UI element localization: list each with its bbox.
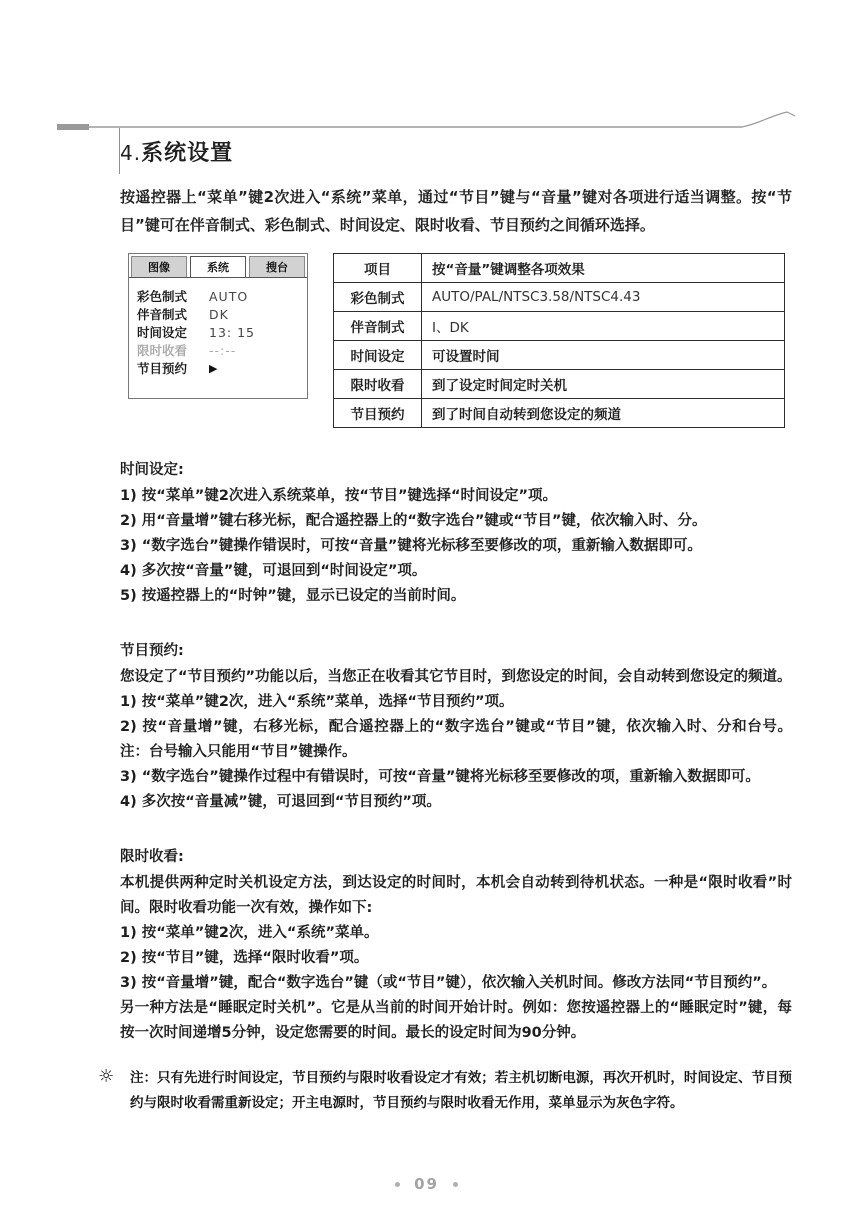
row-label: 节目预约 bbox=[334, 399, 422, 428]
section-time-setting: 时间设定: 1) 按“菜单”键2次进入系统菜单，按“节目”键选择“时间设定”项。… bbox=[120, 458, 792, 609]
osd-value: DK bbox=[209, 306, 229, 324]
osd-row-sleep-limit: 限时收看 --:-- bbox=[137, 342, 299, 360]
row-value: 可设置时间 bbox=[422, 341, 785, 370]
row-value: 到了时间自动转到您设定的频道 bbox=[422, 399, 785, 428]
menu-and-table: 图像 系统 搜台 彩色制式 AUTO 伴音制式 DK 时间设定 13: 15 bbox=[120, 253, 792, 428]
osd-label: 节目预约 bbox=[137, 360, 209, 378]
step-item: 5) 按遥控器上的“时钟”键，显示已设定的当前时间。 bbox=[120, 584, 792, 609]
table-row: 伴音制式 I、DK bbox=[334, 312, 785, 341]
note-label: 注： bbox=[130, 1070, 157, 1086]
osd-row-time-setting: 时间设定 13: 15 bbox=[137, 324, 299, 342]
footer-dot-left bbox=[395, 1182, 400, 1187]
osd-row-sound-system: 伴音制式 DK bbox=[137, 306, 299, 324]
section-number: 4. bbox=[120, 141, 141, 165]
osd-label: 限时收看 bbox=[137, 342, 209, 360]
page-title: 4.系统设置 bbox=[120, 136, 792, 167]
step-item: 2) 按“节目”键，选择“限时收看”项。 bbox=[120, 946, 792, 971]
row-value: I、DK bbox=[422, 312, 785, 341]
footer-dot-right bbox=[453, 1182, 458, 1187]
page-number: 09 bbox=[414, 1175, 439, 1193]
osd-row-color-system: 彩色制式 AUTO bbox=[137, 288, 299, 306]
step-item: 2) 用“音量增”键右移光标，配合遥控器上的“数字选台”键或“节目”键，依次输入… bbox=[120, 509, 792, 534]
col-header-effect: 按“音量”键调整各项效果 bbox=[422, 254, 785, 283]
step-item: 4) 多次按“音量减”键，可退回到“节目预约”项。 bbox=[120, 790, 792, 815]
osd-tab-bar: 图像 系统 搜台 bbox=[129, 254, 307, 278]
table-row: 节目预约 到了时间自动转到您设定的频道 bbox=[334, 399, 785, 428]
col-header-item: 项目 bbox=[334, 254, 422, 283]
row-label: 时间设定 bbox=[334, 341, 422, 370]
settings-table: 项目 按“音量”键调整各项效果 彩色制式 AUTO/PAL/NTSC3.58/N… bbox=[333, 253, 785, 428]
arrow-right-icon: ▶ bbox=[209, 360, 218, 378]
table-row: 彩色制式 AUTO/PAL/NTSC3.58/NTSC4.43 bbox=[334, 283, 785, 312]
note-body: 只有先进行时间设定，节目预约与限时收看设定才有效；若主机切断电源，再次开机时，时… bbox=[130, 1070, 792, 1111]
step-item: 3) “数字选台”键操作错误时，可按“音量”键将光标移至要修改的项，重新输入数据… bbox=[120, 534, 792, 559]
section-heading: 节目预约: bbox=[120, 639, 792, 664]
section-heading: 限时收看: bbox=[120, 845, 792, 870]
page-content: 4.系统设置 按遥控器上“菜单”键2次进入“系统”菜单，通过“节目”键与“音量”… bbox=[120, 136, 792, 1116]
row-value: AUTO/PAL/NTSC3.58/NTSC4.43 bbox=[422, 283, 785, 312]
note-text: 注：只有先进行时间设定，节目预约与限时收看设定才有效；若主机切断电源，再次开机时… bbox=[130, 1066, 792, 1116]
step-item: 1) 按“菜单”键2次，进入“系统”菜单，选择“节目预约”项。 bbox=[120, 690, 792, 715]
table-row: 时间设定 可设置时间 bbox=[334, 341, 785, 370]
section-limited-watch: 限时收看: 本机提供两种定时关机设定方法，到达设定的时间时，本机会自动转到待机状… bbox=[120, 845, 792, 1046]
intro-paragraph: 按遥控器上“菜单”键2次进入“系统”菜单，通过“节目”键与“音量”键对各项进行适… bbox=[120, 183, 792, 239]
section-intro: 您设定了“节目预约”功能以后，当您正在收看其它节目时，到您设定的时间，会自动转到… bbox=[120, 665, 792, 690]
row-label: 伴音制式 bbox=[334, 312, 422, 341]
row-value: 到了设定时间定时关机 bbox=[422, 370, 785, 399]
osd-tab-picture: 图像 bbox=[131, 256, 187, 277]
section-title: 系统设置 bbox=[141, 141, 233, 166]
osd-tab-system: 系统 bbox=[190, 256, 246, 277]
step-item: 4) 多次按“音量”键，可退回到“时间设定”项。 bbox=[120, 559, 792, 584]
note-block: ☼ 注：只有先进行时间设定，节目预约与限时收看设定才有效；若主机切断电源，再次开… bbox=[120, 1066, 792, 1116]
table-row: 限时收看 到了设定时间定时关机 bbox=[334, 370, 785, 399]
section-heading: 时间设定: bbox=[120, 458, 792, 483]
step-item: 1) 按“菜单”键2次，进入“系统”菜单。 bbox=[120, 921, 792, 946]
osd-value: 13: 15 bbox=[209, 324, 255, 342]
section-outro: 另一种方法是“睡眠定时关机”。它是从当前的时间开始计时。例如：您按遥控器上的“睡… bbox=[120, 996, 792, 1046]
step-item: 2) 按“音量增”键，右移光标，配合遥控器上的“数字选台”键或“节目”键，依次输… bbox=[120, 715, 792, 765]
header-rule bbox=[0, 0, 853, 140]
osd-menu-screenshot: 图像 系统 搜台 彩色制式 AUTO 伴音制式 DK 时间设定 13: 15 bbox=[128, 253, 308, 399]
row-label: 限时收看 bbox=[334, 370, 422, 399]
section-program-reserve: 节目预约: 您设定了“节目预约”功能以后，当您正在收看其它节目时，到您设定的时间… bbox=[120, 639, 792, 815]
row-label: 彩色制式 bbox=[334, 283, 422, 312]
section-intro: 本机提供两种定时关机设定方法，到达设定的时间时，本机会自动转到待机状态。一种是“… bbox=[120, 871, 792, 921]
osd-value: --:-- bbox=[209, 342, 236, 360]
table-header-row: 项目 按“音量”键调整各项效果 bbox=[334, 254, 785, 283]
osd-row-program-reserve: 节目预约 ▶ bbox=[137, 360, 299, 378]
osd-value: AUTO bbox=[209, 288, 248, 306]
osd-label: 彩色制式 bbox=[137, 288, 209, 306]
step-item: 3) “数字选台”键操作过程中有错误时，可按“音量”键将光标移至要修改的项，重新… bbox=[120, 765, 792, 790]
osd-label: 伴音制式 bbox=[137, 306, 209, 324]
step-item: 1) 按“菜单”键2次进入系统菜单，按“节目”键选择“时间设定”项。 bbox=[120, 484, 792, 509]
osd-menu-body: 彩色制式 AUTO 伴音制式 DK 时间设定 13: 15 限时收看 --:--… bbox=[129, 278, 307, 390]
osd-tab-search: 搜台 bbox=[249, 256, 305, 277]
osd-label: 时间设定 bbox=[137, 324, 209, 342]
step-item: 3) 按“音量增”键，配合“数字选台”键（或“节目”键），依次输入关机时间。修改… bbox=[120, 971, 792, 996]
sun-icon: ☼ bbox=[98, 1066, 120, 1088]
page-footer: 09 bbox=[0, 1175, 853, 1193]
